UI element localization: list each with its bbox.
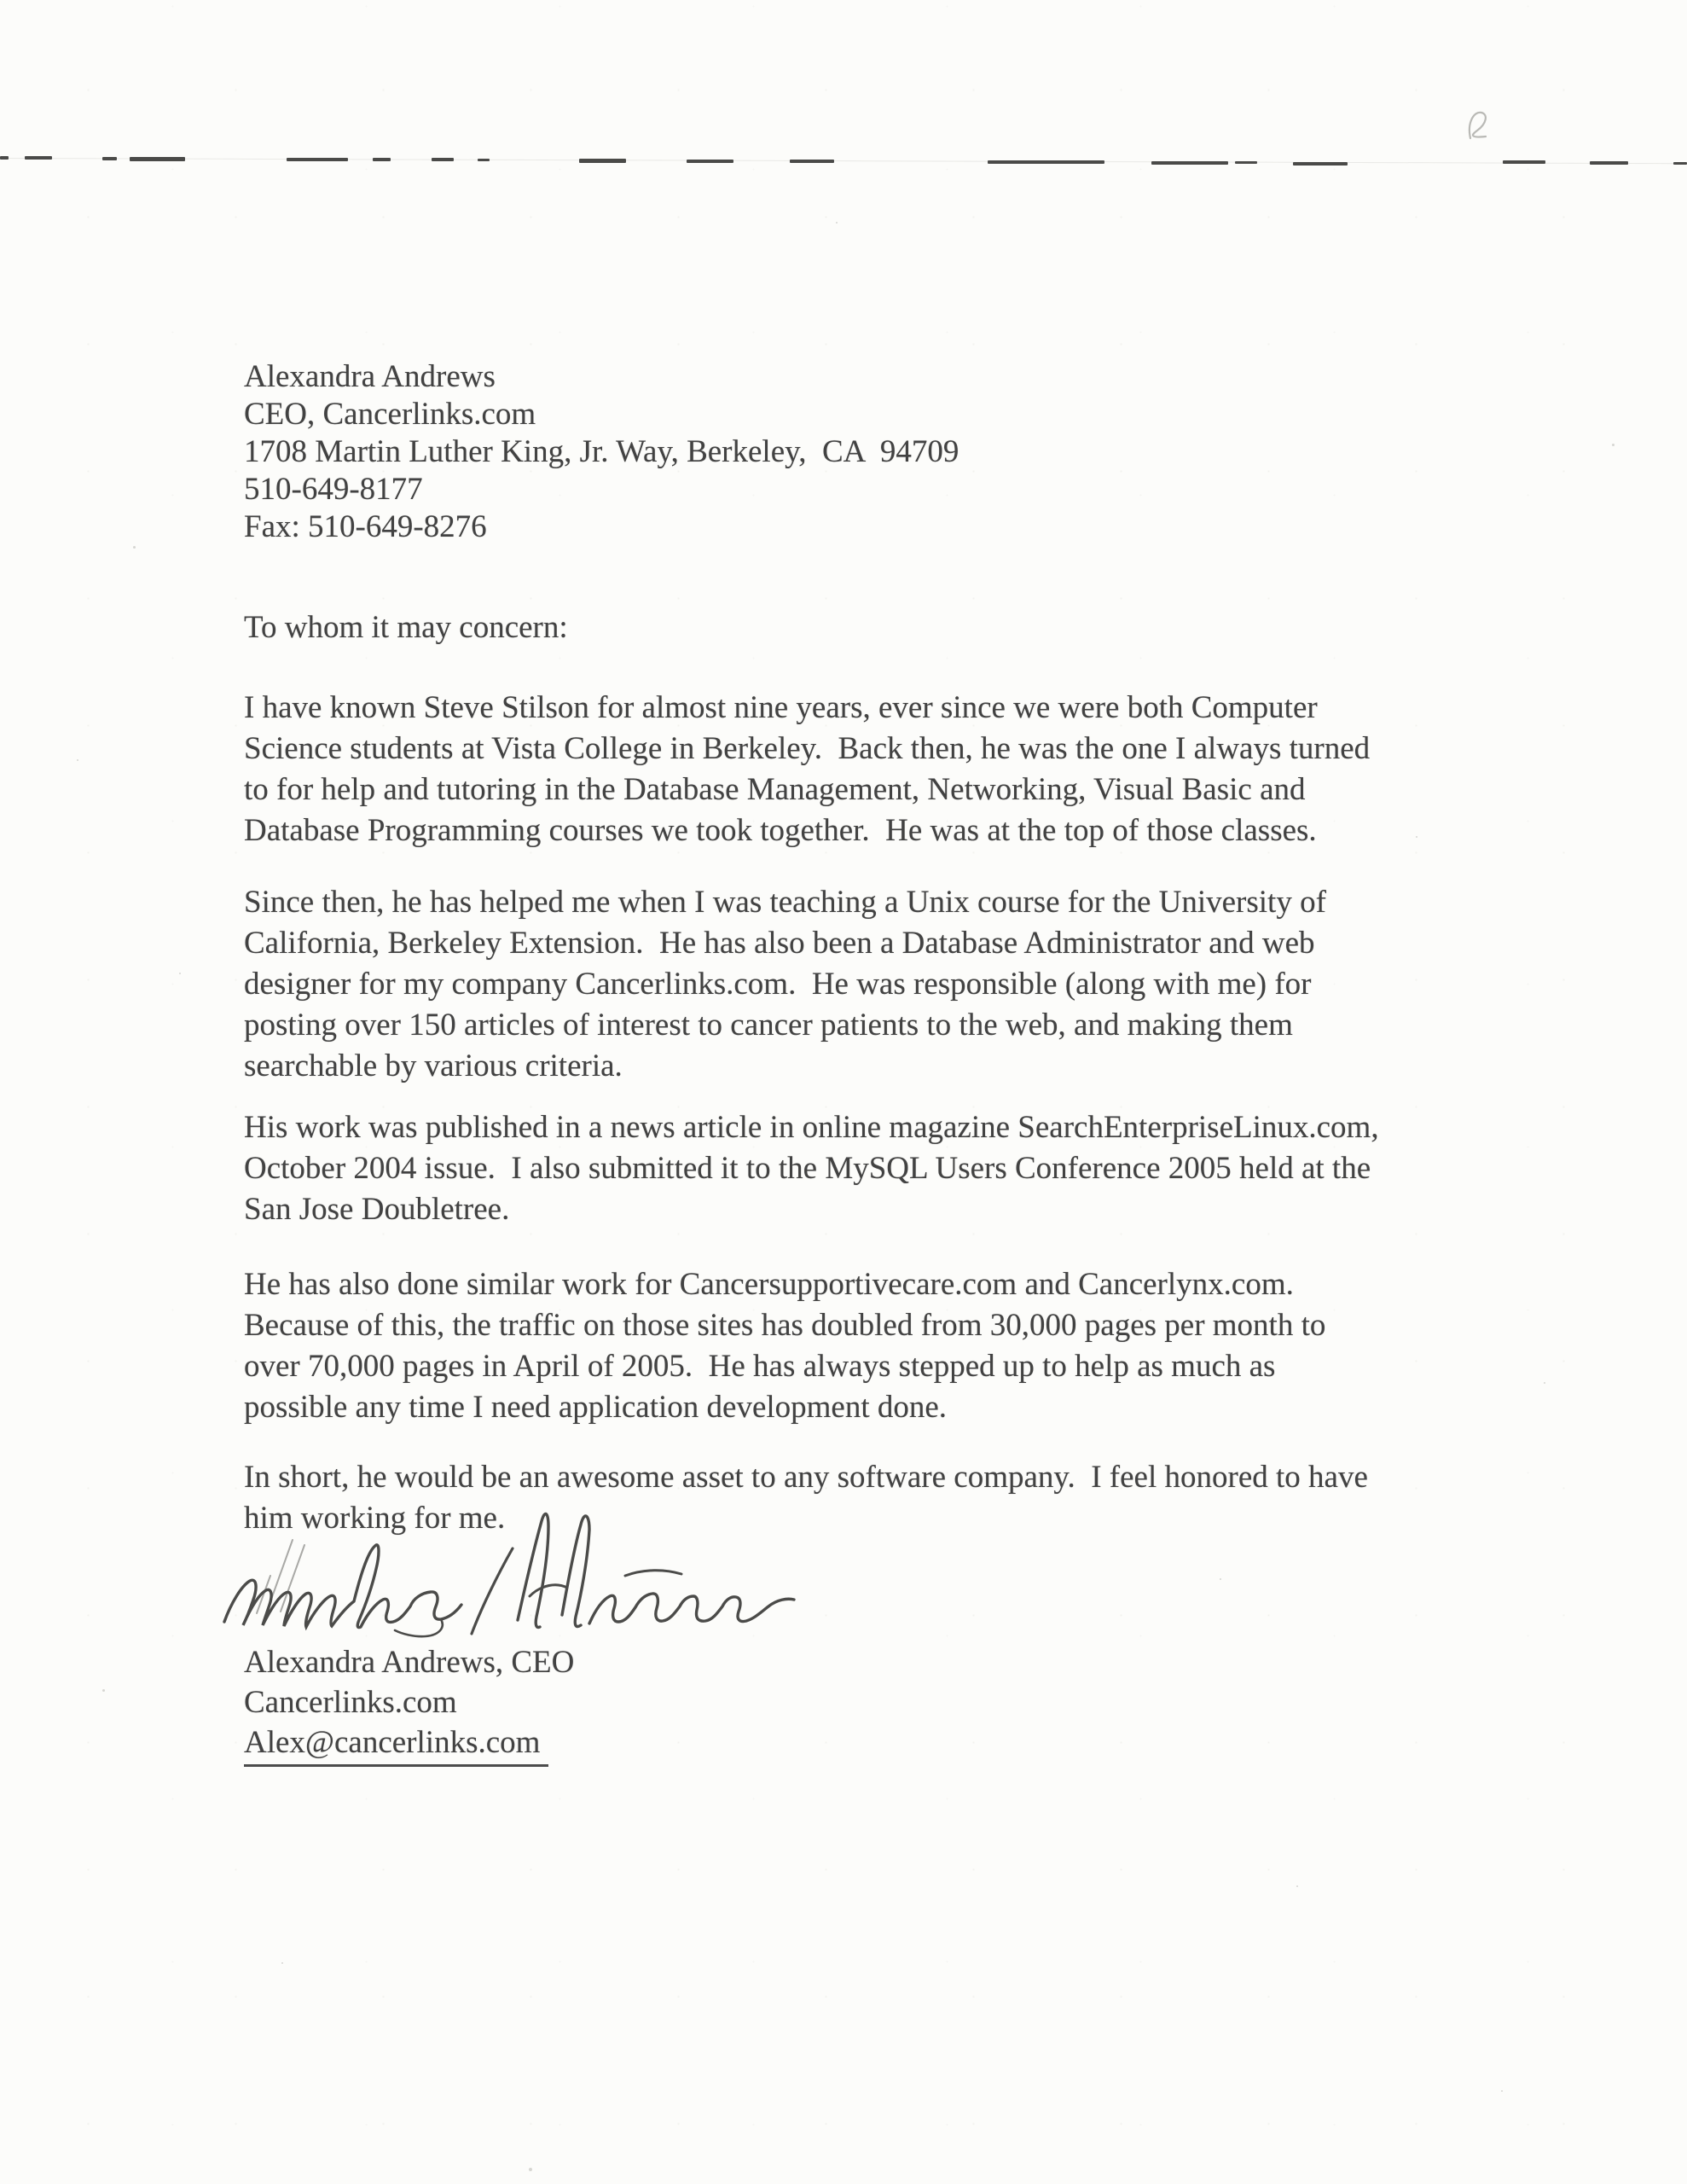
paragraph-line: possible any time I need application dev… xyxy=(244,1387,1325,1428)
signer-name-title: Alexandra Andrews, CEO xyxy=(244,1642,574,1682)
paragraph-line: to for help and tutoring in the Database… xyxy=(244,770,1370,810)
scan-dash-segment xyxy=(1503,160,1545,164)
scan-dash-segment xyxy=(1235,161,1257,164)
scan-speck xyxy=(102,1689,105,1692)
scan-dash-segment xyxy=(25,156,52,160)
scan-dash-segment xyxy=(1673,162,1687,165)
body-paragraph-2: Since then, he has helped me when I was … xyxy=(244,882,1326,1087)
scan-speck xyxy=(179,973,181,974)
scan-dash-segment xyxy=(102,157,117,160)
paragraph-line: over 70,000 pages in April of 2005. He h… xyxy=(244,1346,1325,1387)
scan-dash-segment xyxy=(0,156,9,160)
scan-dash-segment xyxy=(988,160,1104,164)
scan-speck xyxy=(1544,1382,1545,1384)
scan-dash-segment xyxy=(790,160,834,163)
paragraph-line: His work was published in a news article… xyxy=(244,1107,1379,1148)
body-paragraph-4: He has also done similar work for Cancer… xyxy=(244,1264,1325,1428)
paragraph-line: Database Programming courses we took tog… xyxy=(244,810,1370,851)
paragraph-line: Science students at Vista College in Ber… xyxy=(244,729,1370,770)
scan-speck xyxy=(77,759,78,761)
scan-dash-segment xyxy=(130,157,185,161)
scan-dash-segment xyxy=(579,159,626,163)
scan-fold-faint-line xyxy=(0,158,1687,164)
scan-speck xyxy=(529,2168,532,2171)
letterhead: Alexandra Andrews CEO, Cancerlinks.com 1… xyxy=(244,358,959,546)
paragraph-line: posting over 150 articles of interest to… xyxy=(244,1005,1326,1046)
scan-dash-segment xyxy=(478,159,490,161)
paragraph-line: designer for my company Cancerlinks.com.… xyxy=(244,964,1326,1005)
letterhead-phone: 510-649-8177 xyxy=(244,471,959,508)
paragraph-line: searchable by various criteria. xyxy=(244,1046,1326,1087)
pen-curl-mark xyxy=(1465,106,1494,147)
scan-speck xyxy=(1501,2090,1503,2092)
scan-dash-segment xyxy=(287,158,348,161)
scan-speck xyxy=(281,1962,283,1964)
salutation: To whom it may concern: xyxy=(244,607,568,648)
scanned-letter-page: Alexandra Andrews CEO, Cancerlinks.com 1… xyxy=(0,0,1687,2184)
scan-dash-segment xyxy=(432,158,454,161)
scan-dash-segment xyxy=(1151,161,1228,165)
scan-dash-segment xyxy=(1293,162,1348,166)
signature-block: Alexandra Andrews, CEO Cancerlinks.com A… xyxy=(244,1642,574,1767)
scan-speck xyxy=(1612,444,1615,446)
scan-speck xyxy=(1416,836,1417,838)
letterhead-name: Alexandra Andrews xyxy=(244,358,959,396)
scan-speck xyxy=(133,546,136,549)
paragraph-line: San Jose Doubletree. xyxy=(244,1189,1379,1230)
letterhead-address: 1708 Martin Luther King, Jr. Way, Berkel… xyxy=(244,433,959,471)
paragraph-line: He has also done similar work for Cancer… xyxy=(244,1264,1325,1305)
paragraph-line: In short, he would be an awesome asset t… xyxy=(244,1457,1368,1498)
signer-company: Cancerlinks.com xyxy=(244,1682,574,1722)
scan-speck xyxy=(1220,1578,1221,1580)
scan-dash-segment xyxy=(1590,161,1628,165)
paragraph-line: I have known Steve Stilson for almost ni… xyxy=(244,688,1370,729)
paragraph-line: October 2004 issue. I also submitted it … xyxy=(244,1148,1379,1189)
scan-speck xyxy=(1296,1885,1298,1887)
paragraph-line: Because of this, the traffic on those si… xyxy=(244,1305,1325,1346)
paragraph-line: Since then, he has helped me when I was … xyxy=(244,882,1326,923)
letterhead-title: CEO, Cancerlinks.com xyxy=(244,396,959,433)
scan-artifact-layer xyxy=(0,0,1687,2184)
scan-dash-segment xyxy=(687,160,733,163)
body-paragraph-3: His work was published in a news article… xyxy=(244,1107,1379,1230)
scan-dash-segment xyxy=(373,158,391,161)
paragraph-line: California, Berkeley Extension. He has a… xyxy=(244,923,1326,964)
signer-email: Alex@cancerlinks.com xyxy=(244,1722,548,1767)
letterhead-fax: Fax: 510-649-8276 xyxy=(244,508,959,546)
scan-speck xyxy=(836,222,838,224)
handwritten-signature xyxy=(217,1504,815,1649)
body-paragraph-1: I have known Steve Stilson for almost ni… xyxy=(244,688,1370,851)
